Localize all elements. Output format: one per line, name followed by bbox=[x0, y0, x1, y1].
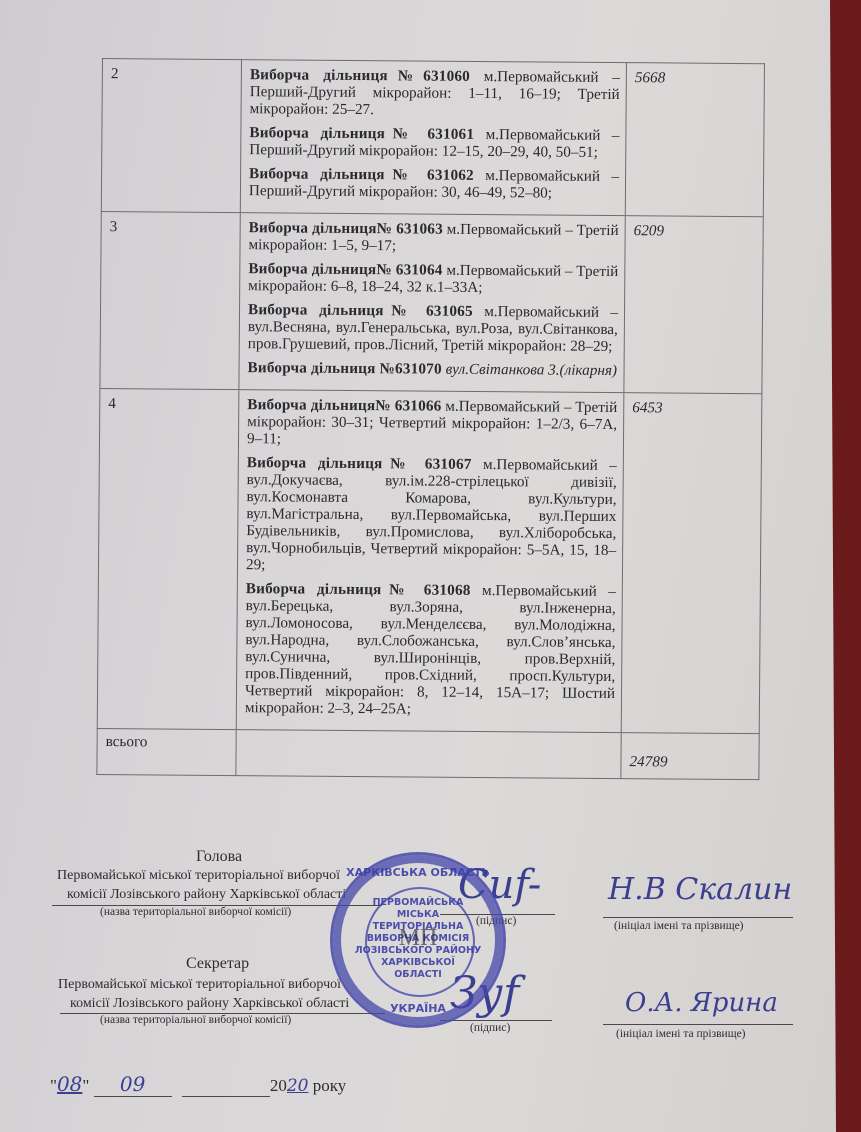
date-month-field: 09 bbox=[94, 1072, 172, 1097]
date-line: "08" 09 2020 року bbox=[50, 1072, 346, 1097]
polling-station-label: Виборча дільниця№ 631061 bbox=[249, 124, 474, 143]
head-commission-line1: Первомайської міської територіальної виб… bbox=[57, 866, 340, 885]
polling-station-label: Виборча дільниця№ 631064 bbox=[248, 260, 442, 279]
polling-station-label: Виборча дільниця№ 631062 bbox=[249, 165, 474, 184]
head-handwritten-name: Н.В Скалин bbox=[608, 872, 792, 907]
voter-count: 6209 bbox=[624, 216, 763, 394]
secretary-commission-line1: Первомайської міської територіальної виб… bbox=[58, 975, 341, 994]
head-name-caption: (ініціал імені та прізвище) bbox=[614, 920, 744, 932]
polling-station-label: Виборча дільниця№ 631066 bbox=[247, 396, 441, 415]
secretary-signature-line bbox=[440, 1020, 552, 1021]
date-open-quote: " bbox=[50, 1076, 57, 1095]
total-count: 24789 bbox=[621, 733, 759, 780]
polling-station-area: м.Первомайський – вул.Берецька, вул.Зоря… bbox=[245, 582, 616, 718]
polling-station-label: Виборча дільниця№ 631067 bbox=[247, 454, 472, 473]
stamp-center-line: ОБЛАСТІ bbox=[333, 969, 503, 980]
date-blank-field bbox=[182, 1076, 270, 1097]
table-row: 4Виборча дільниця№ 631066 м.Первомайськи… bbox=[97, 388, 762, 733]
head-name-line bbox=[603, 917, 793, 918]
date-year-suffix: 20 bbox=[287, 1076, 309, 1096]
secretary-title: Секретар bbox=[186, 955, 249, 973]
secretary-commission-caption: (назва територіальної виборчої комісії) bbox=[100, 1014, 291, 1026]
table-row: 3Виборча дільниця№ 631063 м.Первомайськи… bbox=[100, 211, 763, 393]
voter-count: 5668 bbox=[625, 63, 764, 217]
total-row: всього24789 bbox=[97, 728, 759, 779]
stamp-mp-mark: МП bbox=[333, 925, 503, 952]
district-number: 2 bbox=[101, 59, 241, 213]
polling-station-area: м.Первомайський – вул.Докучаєва, вул.ім.… bbox=[246, 456, 617, 573]
polling-station-entry: Виборча дільниця№ 631064 м.Первомайський… bbox=[248, 260, 618, 297]
secretary-name-caption: (ініціал імені та прізвище) bbox=[616, 1028, 746, 1040]
polling-station-entry: Виборча дільниця №631070 вул.Світанкова … bbox=[248, 359, 618, 379]
head-commission-caption: (назва територіальної виборчої комісії) bbox=[100, 906, 291, 918]
district-description: Виборча дільниця№ 631063 м.Первомайський… bbox=[239, 213, 625, 393]
table-row: 2Виборча дільниця№631060 м.Первомайський… bbox=[101, 59, 764, 217]
secretary-handwritten-name: О.А. Ярина bbox=[625, 988, 778, 1018]
total-label: всього bbox=[97, 728, 236, 775]
polling-station-label: Виборча дільниця№ 631065 bbox=[248, 301, 473, 320]
stamp-center-line: ПЕРВОМАЙСЬКА bbox=[333, 897, 503, 908]
total-empty-cell bbox=[236, 730, 621, 779]
polling-station-entry: Виборча дільниця№ 631063 м.Первомайський… bbox=[248, 219, 618, 256]
date-year-prefix: 20 bbox=[270, 1076, 287, 1095]
polling-station-entry: Виборча дільниця№ 631066 м.Первомайський… bbox=[247, 396, 617, 450]
polling-districts-table: 2Виборча дільниця№631060 м.Первомайський… bbox=[96, 58, 765, 780]
stamp-center-line: ХАРКІВСЬКОЇ bbox=[333, 957, 503, 968]
polling-station-area: вул.Світанкова 3.(лікарня) bbox=[442, 361, 617, 379]
date-close-quote: " bbox=[82, 1076, 89, 1095]
polling-station-entry: Виборча дільниця№ 631062 м.Первомайський… bbox=[249, 165, 619, 202]
date-suffix: року bbox=[313, 1076, 347, 1095]
polling-station-entry: Виборча дільниця№ 631067 м.Первомайський… bbox=[246, 454, 617, 576]
stamp-center-line: МІСЬКА bbox=[333, 909, 503, 920]
secretary-commission-line2: комісії Лозівського району Харківської о… bbox=[70, 994, 349, 1013]
polling-station-entry: Виборча дільниця№631060 м.Первомайський … bbox=[250, 66, 620, 120]
secretary-name-line bbox=[603, 1024, 793, 1025]
polling-station-entry: Виборча дільниця№ 631061 м.Первомайський… bbox=[249, 124, 619, 161]
district-description: Виборча дільниця№ 631066 м.Первомайський… bbox=[236, 390, 624, 733]
district-number: 4 bbox=[97, 388, 239, 729]
date-month: 09 bbox=[120, 1072, 145, 1096]
voter-count: 6453 bbox=[621, 393, 762, 734]
stamp-bottom-text: УКРАЇНА bbox=[333, 1003, 503, 1014]
polling-station-label: Виборча дільниця№631060 bbox=[250, 66, 470, 85]
polling-station-label: Виборча дільниця №631070 bbox=[248, 359, 442, 378]
district-number: 3 bbox=[100, 211, 240, 389]
polling-station-entry: Виборча дільниця№ 631068 м.Первомайський… bbox=[245, 580, 616, 719]
district-description: Виборча дільниця№631060 м.Первомайський … bbox=[240, 60, 626, 216]
official-stamp: ХАРКІВСЬКА ОБЛАСТЬ ПЕРВОМАЙСЬКАМІСЬКАТЕР… bbox=[330, 852, 506, 1028]
head-commission-line2: комісії Лозівського району Харківської о… bbox=[67, 885, 346, 904]
polling-station-label: Виборча дільниця№ 631063 bbox=[249, 219, 443, 238]
secretary-signature-caption: (підпис) bbox=[470, 1022, 510, 1034]
polling-station-entry: Виборча дільниця№ 631065 м.Первомайський… bbox=[248, 301, 618, 355]
head-title: Голова bbox=[196, 848, 242, 866]
polling-station-label: Виборча дільниця№ 631068 bbox=[246, 580, 471, 599]
stamp-outer-text: ХАРКІВСЬКА ОБЛАСТЬ bbox=[333, 867, 503, 878]
date-day: 08 bbox=[57, 1072, 82, 1096]
